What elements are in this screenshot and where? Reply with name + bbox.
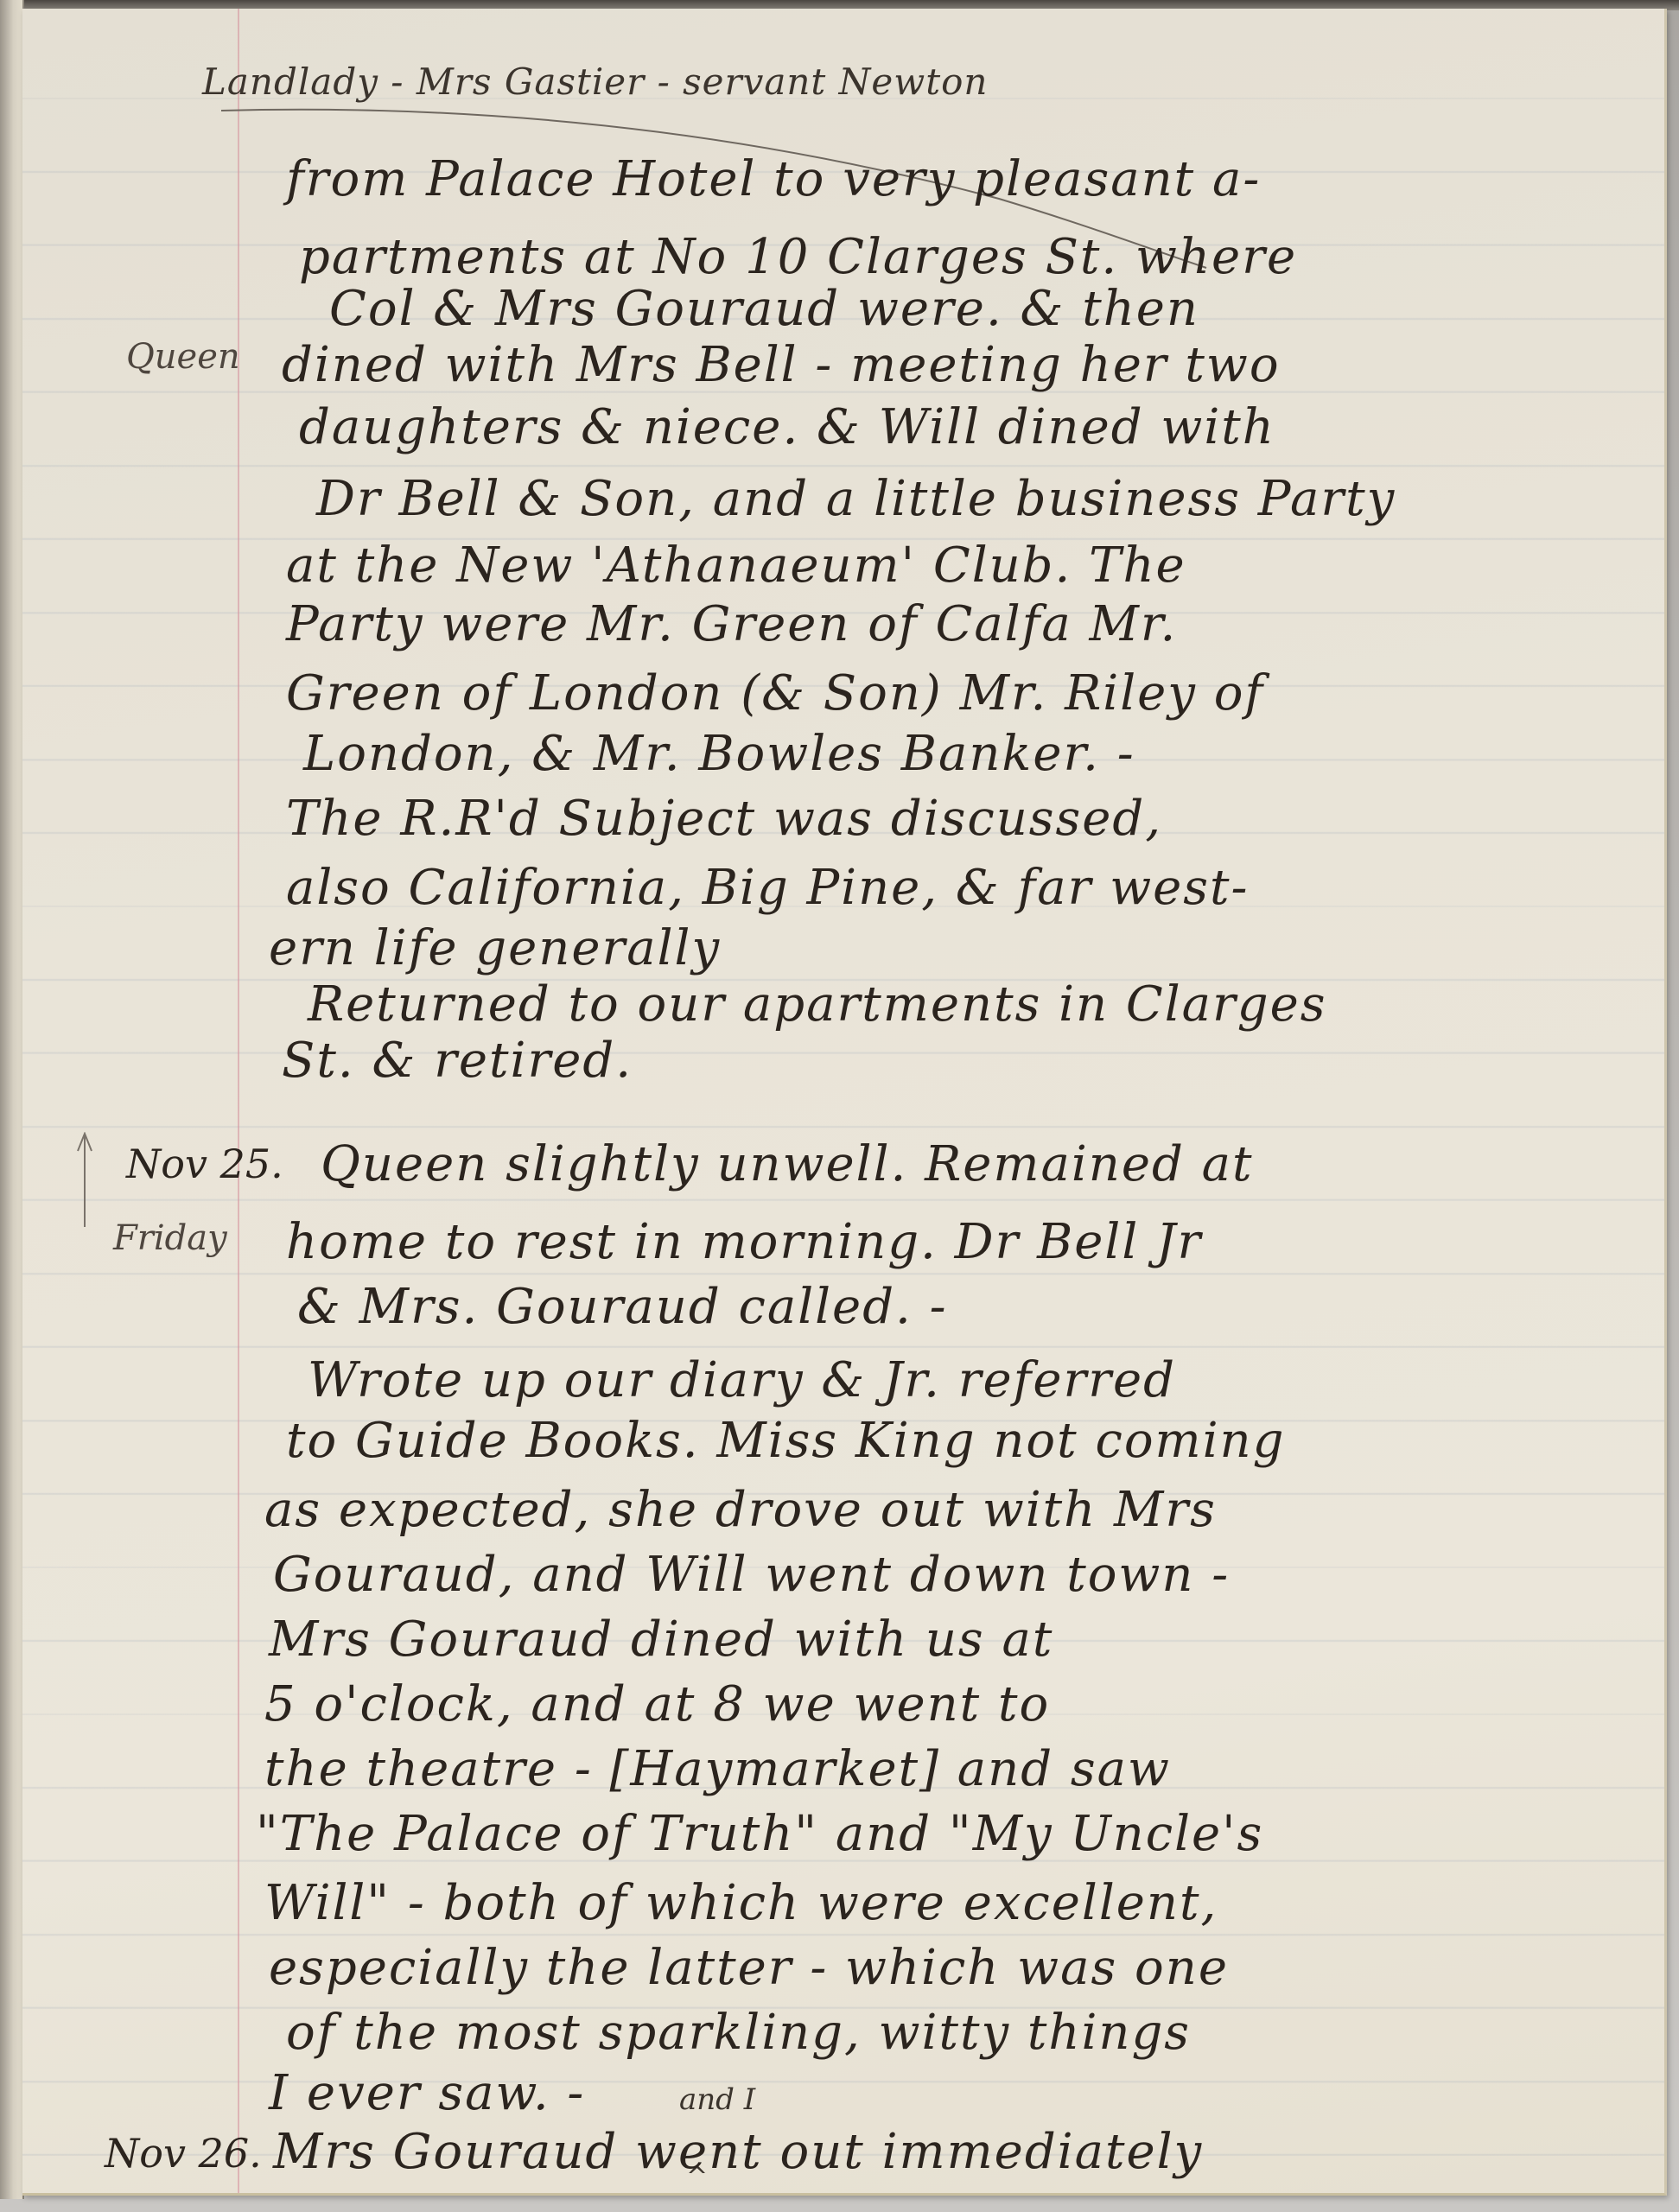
entry-line: Dr Bell & Son, and a little business Par… [316, 471, 1396, 527]
insertion-text: and I [679, 2082, 755, 2117]
margin-note-queen: Queen [126, 337, 240, 377]
diary-page: Landlady - Mrs Gastier - servant Newton … [22, 9, 1667, 2196]
entry-line: partments at No 10 Clarges St. where [299, 229, 1297, 285]
entry-line: Wrote up our diary & Jr. referred [308, 1352, 1176, 1408]
pencil-up-arrow-icon [76, 1132, 93, 1227]
entry-line: I ever saw. - [269, 2065, 585, 2121]
entry-line: Col & Mrs Gouraud were. & then [329, 281, 1199, 337]
header-note: Landlady - Mrs Gastier - servant Newton [202, 60, 988, 103]
entry-line: Will" - both of which were excellent, [264, 1875, 1218, 1931]
entry-line: Gouraud, and Will went down town - [273, 1547, 1230, 1603]
entry-date: Nov 25. [126, 1141, 283, 1187]
entry-line: home to rest in morning. Dr Bell Jr [286, 1214, 1202, 1270]
entry-line: the theatre - [Haymarket] and saw [264, 1741, 1171, 1797]
entry-line: from Palace Hotel to very pleasant a- [286, 151, 1261, 207]
entry-line: Party were Mr. Green of Calfa Mr. [286, 596, 1177, 652]
entry-line: at the New 'Athanaeum' Club. The [286, 537, 1186, 594]
entry-line: as expected, she drove out with Mrs [264, 1482, 1217, 1538]
entry-date: Nov 26. [105, 2130, 262, 2177]
entry-line: also California, Big Pine, & far west- [286, 860, 1249, 916]
entry-line: Green of London (& Son) Mr. Riley of [286, 665, 1264, 721]
photo-scene: Landlady - Mrs Gastier - servant Newton … [0, 0, 1679, 2212]
entry-line: of the most sparkling, witty things [286, 2005, 1191, 2061]
entry-line: Returned to our apartments in Clarges [308, 976, 1327, 1033]
entry-line: Mrs Gouraud dined with us at [269, 1611, 1053, 1668]
entry-line: London, & Mr. Bowles Banker. - [303, 726, 1135, 782]
entry-line: especially the latter - which was one [269, 1940, 1229, 1996]
entry-line: dined with Mrs Bell - meeting her two [282, 337, 1281, 393]
entry-line: "The Palace of Truth" and "My Uncle's [256, 1806, 1263, 1862]
entry-line: The R.R'd Subject was discussed, [286, 791, 1162, 847]
entry-line: St. & retired. [282, 1033, 633, 1089]
entry-line: Mrs Gouraud went out immediately [273, 2124, 1203, 2180]
entry-day: Friday [113, 1218, 227, 1258]
entry-line: & Mrs. Gouraud called. - [297, 1279, 948, 1335]
entry-line: to Guide Books. Miss King not coming [286, 1413, 1285, 1469]
entry-line: Queen slightly unwell. Remained at [321, 1136, 1254, 1192]
entry-line: ern life generally [269, 920, 721, 976]
book-binding-edge [0, 0, 24, 2199]
entry-line: daughters & niece. & Will dined with [299, 399, 1275, 455]
entry-line: 5 o'clock, and at 8 we went to [264, 1676, 1050, 1732]
